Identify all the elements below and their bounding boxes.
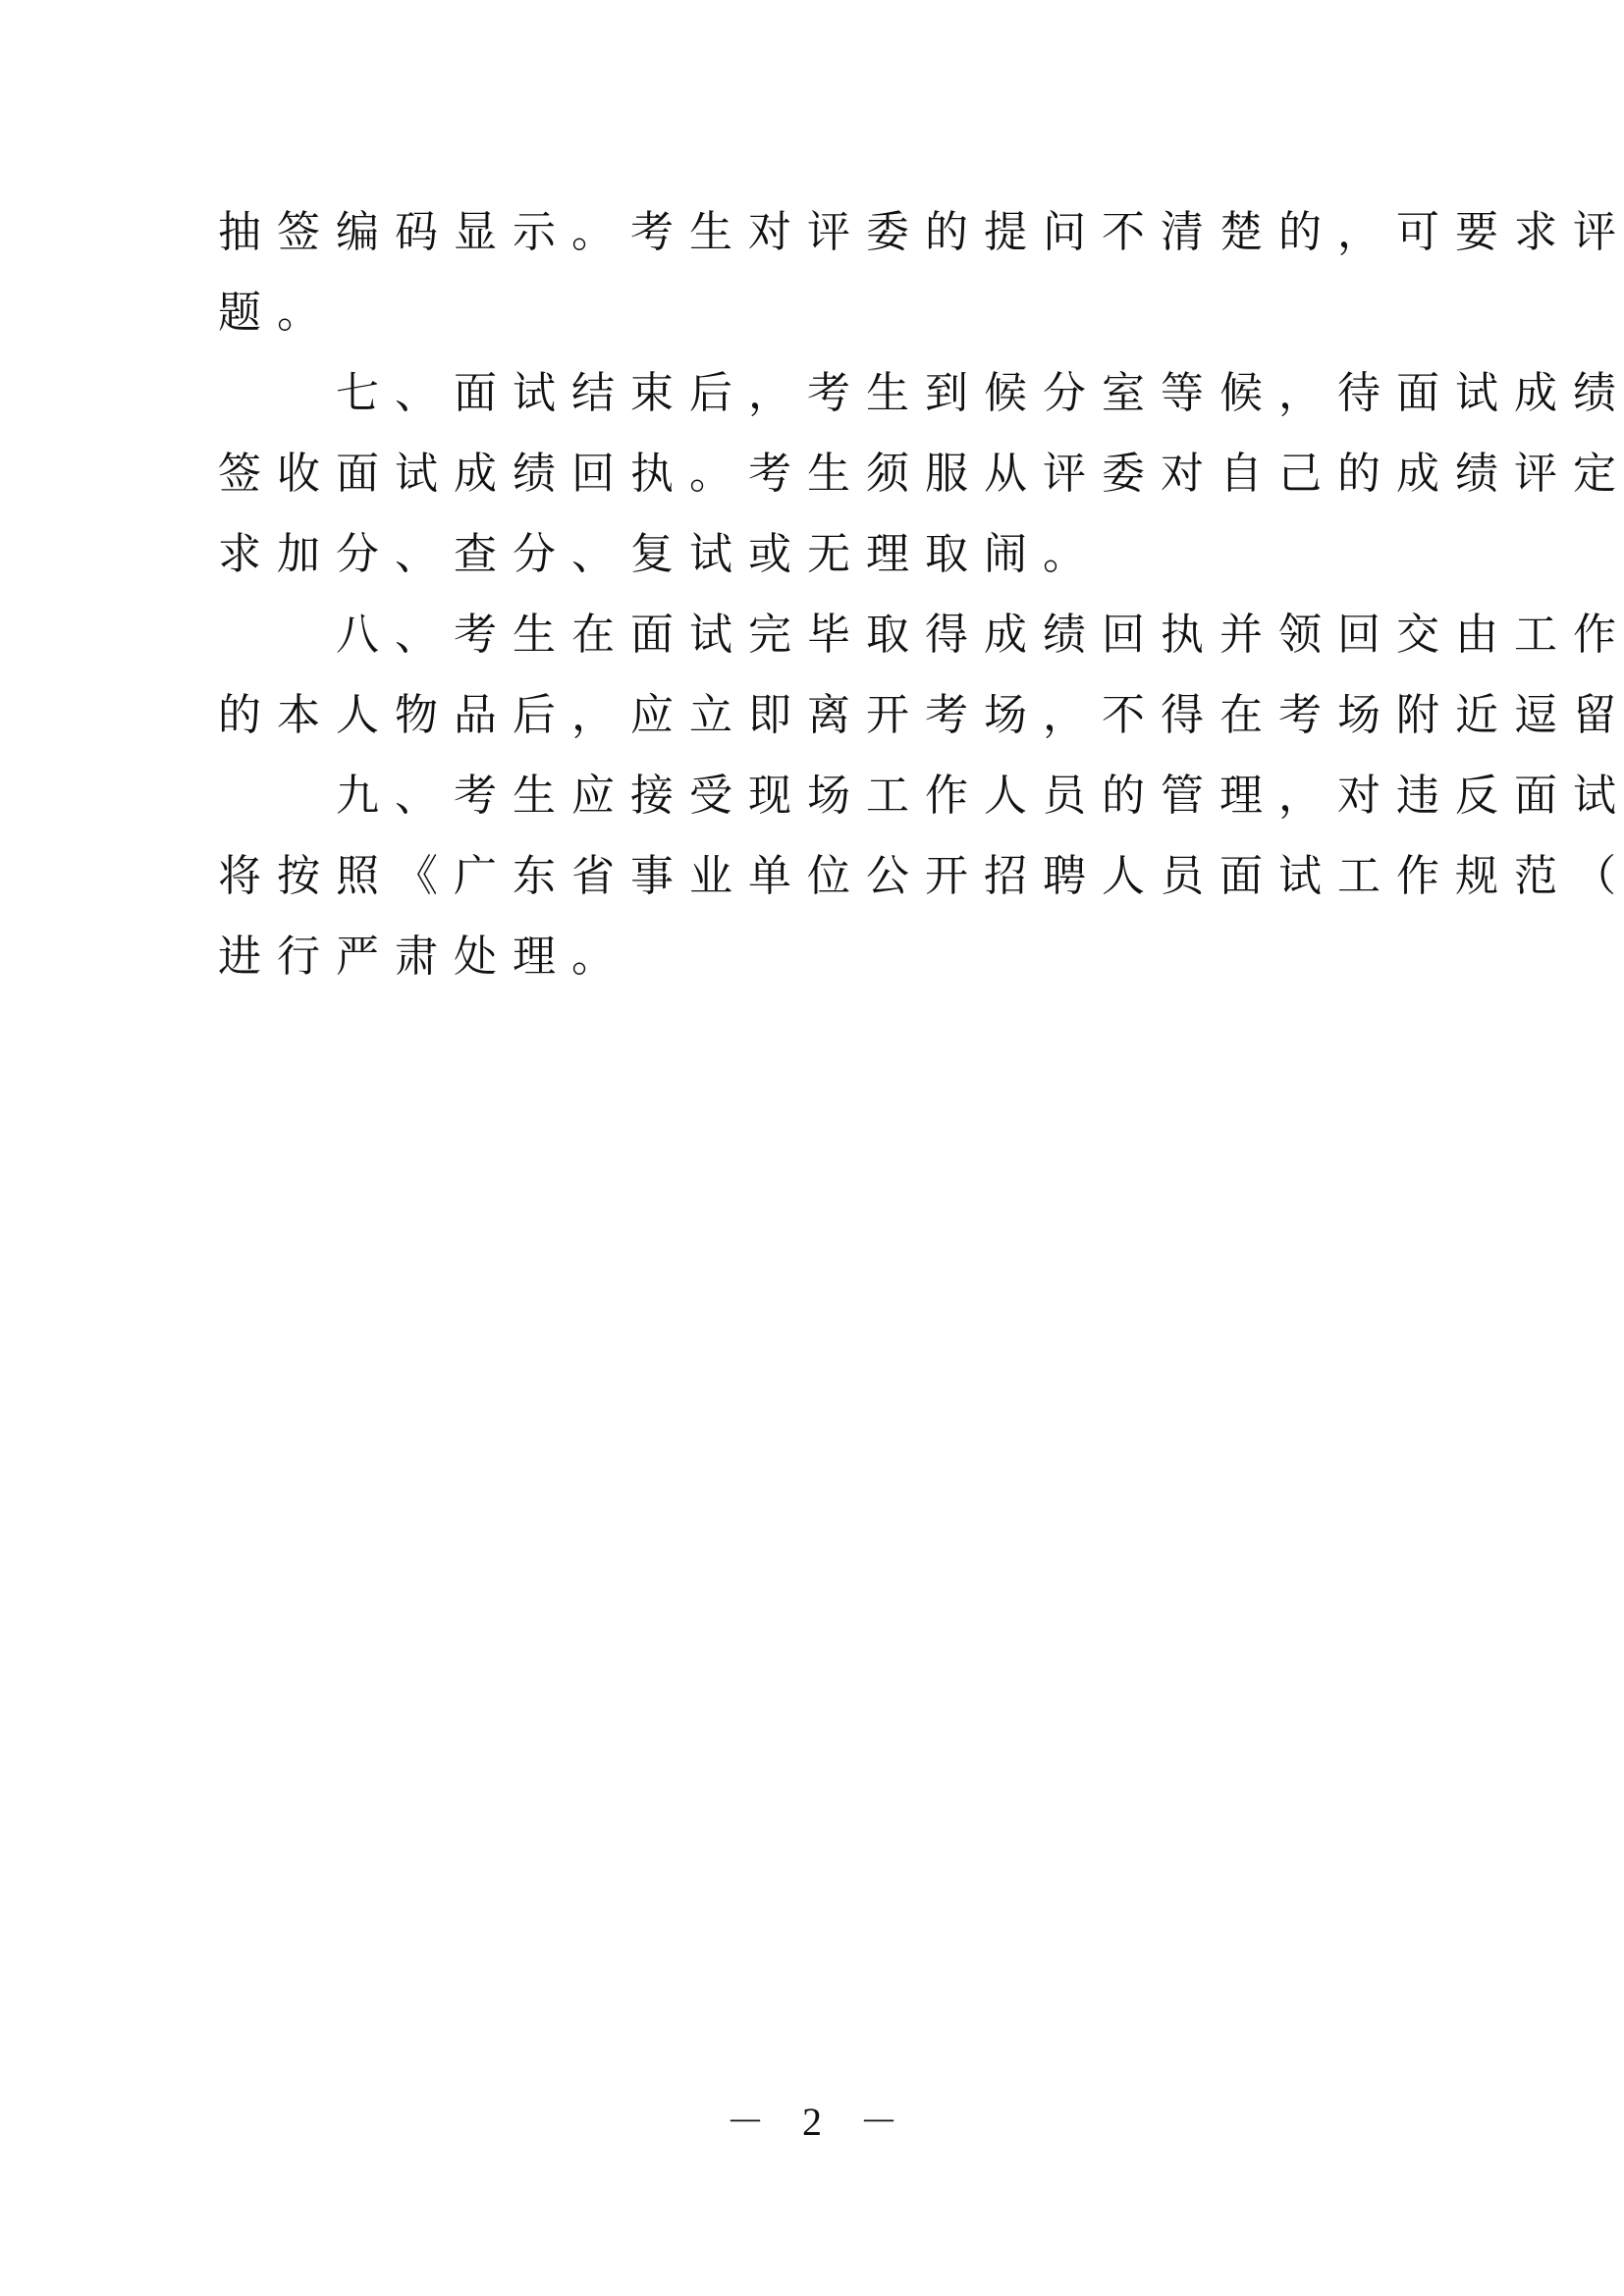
text-line: 求加分、查分、复试或无理取闹。 [218, 514, 1457, 595]
document-body: 抽签编码显示。考生对评委的提问不清楚的，可要求评委重新念 题。 七、面试结束后，… [218, 192, 1457, 997]
text-line: 题。 [218, 273, 1457, 353]
text-line: 签收面试成绩回执。考生须服从评委对自己的成绩评定，不得要 [218, 434, 1457, 514]
text-line: 七、面试结束后，考生到候分室等候，待面试成绩统计完毕， [218, 353, 1457, 434]
text-line: 将按照《广东省事业单位公开招聘人员面试工作规范（试行）》 [218, 836, 1457, 917]
paragraph-item-7: 七、面试结束后，考生到候分室等候，待面试成绩统计完毕， 签收面试成绩回执。考生须… [218, 353, 1457, 595]
text-line: 进行严肃处理。 [218, 917, 1457, 997]
text-line: 的本人物品后，应立即离开考场，不得在考场附近逗留。 [218, 675, 1457, 756]
document-page: 抽签编码显示。考生对评委的提问不清楚的，可要求评委重新念 题。 七、面试结束后，… [0, 0, 1624, 2296]
paragraph-item-9: 九、考生应接受现场工作人员的管理，对违反面试规定的， 将按照《广东省事业单位公开… [218, 756, 1457, 997]
page-number-dash-right: － [859, 2100, 898, 2144]
text-line: 抽签编码显示。考生对评委的提问不清楚的，可要求评委重新念 [218, 192, 1457, 273]
page-number: 2 [802, 2100, 822, 2144]
page-number-dash-left: － [726, 2100, 765, 2144]
page-number-footer: － 2 － [0, 2091, 1624, 2147]
text-line: 八、考生在面试完毕取得成绩回执并领回交由工作人员保管 [218, 595, 1457, 675]
paragraph-item-8: 八、考生在面试完毕取得成绩回执并领回交由工作人员保管 的本人物品后，应立即离开考… [218, 595, 1457, 756]
paragraph-continuation: 抽签编码显示。考生对评委的提问不清楚的，可要求评委重新念 题。 [218, 192, 1457, 353]
text-line: 九、考生应接受现场工作人员的管理，对违反面试规定的， [218, 756, 1457, 836]
